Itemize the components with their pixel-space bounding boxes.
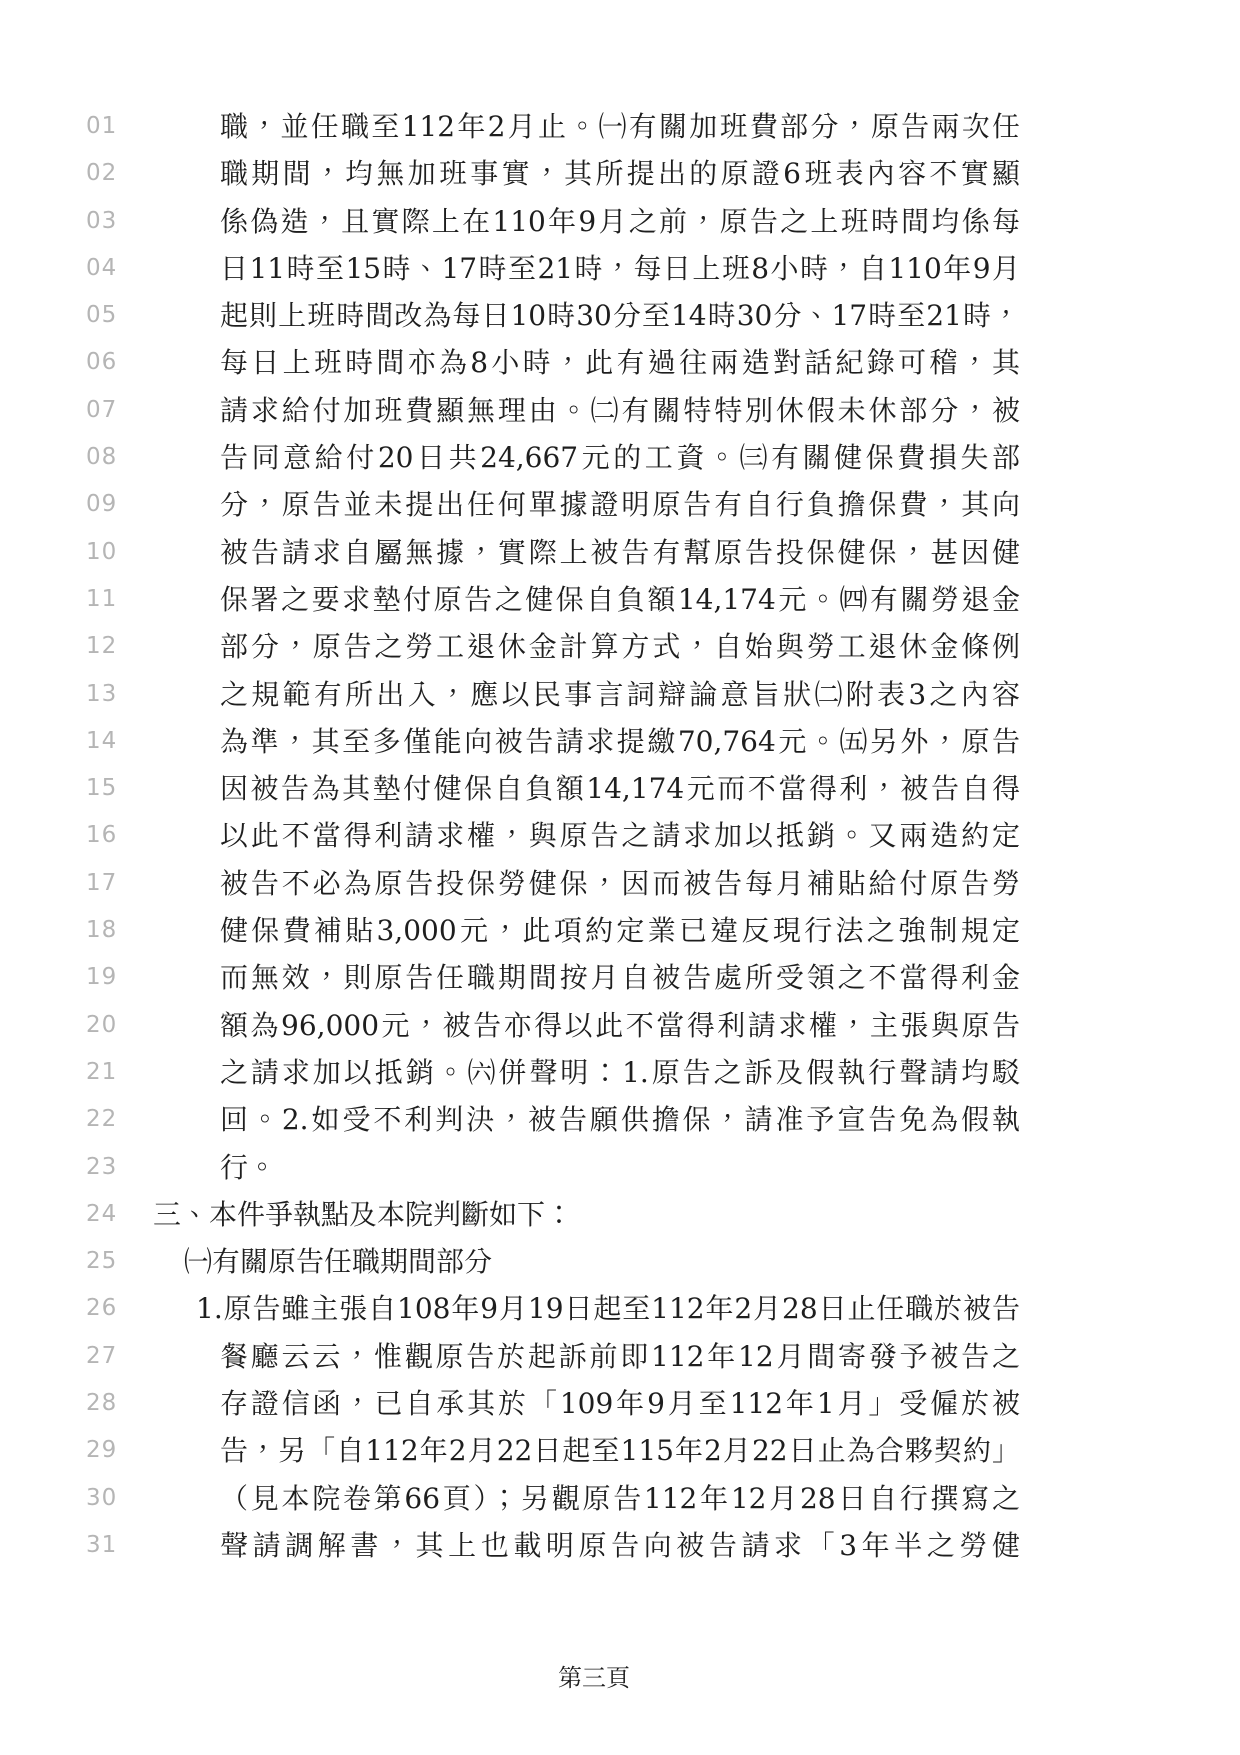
line-number: 04 — [86, 245, 117, 292]
document-line: 30 （見本院卷第66頁）；另觀原告112年12月28日自行撰寫之 — [0, 1475, 1240, 1522]
line-text: 而無效，則原告任職期間按月自被告處所受領之不當得利金 — [220, 954, 1020, 1001]
document-line: 28 存證信函，已自承其於「109年9月至112年1月」受僱於被 — [0, 1380, 1240, 1427]
document-line: 22 回。2.如受不利判決，被告願供擔保，請准予宣告免為假執 — [0, 1096, 1240, 1143]
document-line: 15 因被告為其墊付健保自負額14,174元而不當得利，被告自得 — [0, 765, 1240, 812]
document-line: 19 而無效，則原告任職期間按月自被告處所受領之不當得利金 — [0, 954, 1240, 1001]
line-text: 分，原告並未提出任何單據證明原告有自行負擔保費，其向 — [220, 481, 1020, 528]
line-text: 健保費補貼3,000元，此項約定業已違反現行法之強制規定 — [220, 907, 1020, 954]
document-line: 20 額為96,000元，被告亦得以此不當得利請求權，主張與原告 — [0, 1002, 1240, 1049]
line-text: 聲請調解書，其上也載明原告向被告請求「3年半之勞健 — [220, 1522, 1020, 1569]
line-text: 之規範有所出入，應以民事言詞辯論意旨狀㈡附表3之內容 — [220, 671, 1020, 718]
line-number: 31 — [86, 1522, 117, 1569]
line-text: 餐廳云云，惟觀原告於起訴前即112年12月間寄發予被告之 — [220, 1333, 1020, 1380]
line-text: 職，並任職至112年2月止。㈠有關加班費部分，原告兩次任 — [220, 103, 1020, 150]
document-line: 12 部分，原告之勞工退休金計算方式，自始與勞工退休金條例 — [0, 623, 1240, 670]
line-number: 10 — [86, 529, 117, 576]
line-text: （見本院卷第66頁）；另觀原告112年12月28日自行撰寫之 — [220, 1475, 1020, 1522]
line-number: 25 — [86, 1238, 117, 1285]
line-text: 起則上班時間改為每日10時30分至14時30分、17時至21時， — [220, 292, 1020, 339]
document-line: 14 為準，其至多僅能向被告請求提繳70,764元。㈤另外，原告 — [0, 718, 1240, 765]
document-line: 11 保署之要求墊付原告之健保自負額14,174元。㈣有關勞退金 — [0, 576, 1240, 623]
document-line: 23 行。 — [0, 1144, 1240, 1191]
line-number: 29 — [86, 1427, 117, 1474]
line-text: 被告不必為原告投保勞健保，因而被告每月補貼給付原告勞 — [220, 860, 1020, 907]
line-number: 15 — [86, 765, 117, 812]
line-text: 之請求加以抵銷。㈥併聲明：1.原告之訴及假執行聲請均駁 — [220, 1049, 1020, 1096]
document-line: 31 聲請調解書，其上也載明原告向被告請求「3年半之勞健 — [0, 1522, 1240, 1569]
document-line: 16 以此不當得利請求權，與原告之請求加以抵銷。又兩造約定 — [0, 812, 1240, 859]
document-line: 17 被告不必為原告投保勞健保，因而被告每月補貼給付原告勞 — [0, 860, 1240, 907]
line-text: 1.原告雖主張自108年9月19日起至112年2月28日止任職於被告 — [196, 1285, 1020, 1332]
line-number: 08 — [86, 434, 117, 481]
document-line: 05 起則上班時間改為每日10時30分至14時30分、17時至21時， — [0, 292, 1240, 339]
line-text: 因被告為其墊付健保自負額14,174元而不當得利，被告自得 — [220, 765, 1020, 812]
document-line: 02 職期間，均無加班事實，其所提出的原證6班表內容不實顯 — [0, 150, 1240, 197]
judgment-body: 01 職，並任職至112年2月止。㈠有關加班費部分，原告兩次任 02 職期間，均… — [0, 103, 1240, 1569]
line-text: 請求給付加班費顯無理由。㈡有關特特別休假未休部分，被 — [220, 387, 1020, 434]
line-text: 職期間，均無加班事實，其所提出的原證6班表內容不實顯 — [220, 150, 1020, 197]
line-number: 13 — [86, 671, 117, 718]
document-line-section-heading: 24 三、本件爭執點及本院判斷如下： — [0, 1191, 1240, 1238]
line-text: 被告請求自屬無據，實際上被告有幫原告投保健保，甚因健 — [220, 529, 1020, 576]
line-text: 每日上班時間亦為8小時，此有過往兩造對話紀錄可稽，其 — [220, 339, 1020, 386]
line-number: 20 — [86, 1002, 117, 1049]
document-line: 06 每日上班時間亦為8小時，此有過往兩造對話紀錄可稽，其 — [0, 339, 1240, 386]
line-text: 係偽造，且實際上在110年9月之前，原告之上班時間均係每 — [220, 198, 1020, 245]
document-line: 09 分，原告並未提出任何單據證明原告有自行負擔保費，其向 — [0, 481, 1240, 528]
line-number: 11 — [86, 576, 117, 623]
line-number: 16 — [86, 812, 117, 859]
line-number: 21 — [86, 1049, 117, 1096]
line-number: 03 — [86, 198, 117, 245]
document-line: 01 職，並任職至112年2月止。㈠有關加班費部分，原告兩次任 — [0, 103, 1240, 150]
line-text: 行。 — [220, 1144, 276, 1191]
line-number: 18 — [86, 907, 117, 954]
line-text: 三、本件爭執點及本院判斷如下： — [153, 1191, 573, 1238]
document-line: 21 之請求加以抵銷。㈥併聲明：1.原告之訴及假執行聲請均駁 — [0, 1049, 1240, 1096]
line-number: 05 — [86, 292, 117, 339]
line-number: 06 — [86, 339, 117, 386]
document-line: 08 告同意給付20日共24,667元的工資。㈢有關健保費損失部 — [0, 434, 1240, 481]
line-text: 部分，原告之勞工退休金計算方式，自始與勞工退休金條例 — [220, 623, 1020, 670]
document-line-subsection-heading: 25 ㈠有關原告任職期間部分 — [0, 1238, 1240, 1285]
line-text: ㈠有關原告任職期間部分 — [184, 1238, 492, 1285]
document-line: 10 被告請求自屬無據，實際上被告有幫原告投保健保，甚因健 — [0, 529, 1240, 576]
line-number: 26 — [86, 1285, 117, 1332]
line-text: 回。2.如受不利判決，被告願供擔保，請准予宣告免為假執 — [220, 1096, 1020, 1143]
line-text: 保署之要求墊付原告之健保自負額14,174元。㈣有關勞退金 — [220, 576, 1020, 623]
line-number: 09 — [86, 481, 117, 528]
document-line-numbered-item: 26 1.原告雖主張自108年9月19日起至112年2月28日止任職於被告 — [0, 1285, 1240, 1332]
line-text: 告同意給付20日共24,667元的工資。㈢有關健保費損失部 — [220, 434, 1020, 481]
line-text: 以此不當得利請求權，與原告之請求加以抵銷。又兩造約定 — [220, 812, 1020, 859]
document-line: 13 之規範有所出入，應以民事言詞辯論意旨狀㈡附表3之內容 — [0, 671, 1240, 718]
document-line: 07 請求給付加班費顯無理由。㈡有關特特別休假未休部分，被 — [0, 387, 1240, 434]
judgment-page: 01 職，並任職至112年2月止。㈠有關加班費部分，原告兩次任 02 職期間，均… — [0, 0, 1240, 1755]
document-line: 18 健保費補貼3,000元，此項約定業已違反現行法之強制規定 — [0, 907, 1240, 954]
document-line: 03 係偽造，且實際上在110年9月之前，原告之上班時間均係每 — [0, 198, 1240, 245]
line-text: 告，另「自112年2月22日起至115年2月22日止為合夥契約」 — [220, 1427, 1020, 1474]
line-number: 30 — [86, 1475, 117, 1522]
line-number: 23 — [86, 1144, 117, 1191]
line-number: 27 — [86, 1333, 117, 1380]
line-text: 存證信函，已自承其於「109年9月至112年1月」受僱於被 — [220, 1380, 1020, 1427]
line-text: 為準，其至多僅能向被告請求提繳70,764元。㈤另外，原告 — [220, 718, 1020, 765]
line-text: 額為96,000元，被告亦得以此不當得利請求權，主張與原告 — [220, 1002, 1020, 1049]
line-number: 02 — [86, 150, 117, 197]
line-number: 07 — [86, 387, 117, 434]
document-line: 29 告，另「自112年2月22日起至115年2月22日止為合夥契約」 — [0, 1427, 1240, 1474]
line-number: 22 — [86, 1096, 117, 1143]
line-number: 24 — [86, 1191, 117, 1238]
line-number: 01 — [86, 103, 117, 150]
line-number: 19 — [86, 954, 117, 1001]
page-number-footer: 第三頁 — [0, 1663, 1188, 1693]
line-number: 28 — [86, 1380, 117, 1427]
document-line: 04 日11時至15時、17時至21時，每日上班8小時，自110年9月 — [0, 245, 1240, 292]
line-number: 17 — [86, 860, 117, 907]
line-number: 14 — [86, 718, 117, 765]
document-line: 27 餐廳云云，惟觀原告於起訴前即112年12月間寄發予被告之 — [0, 1333, 1240, 1380]
line-text: 日11時至15時、17時至21時，每日上班8小時，自110年9月 — [220, 245, 1020, 292]
line-number: 12 — [86, 623, 117, 670]
